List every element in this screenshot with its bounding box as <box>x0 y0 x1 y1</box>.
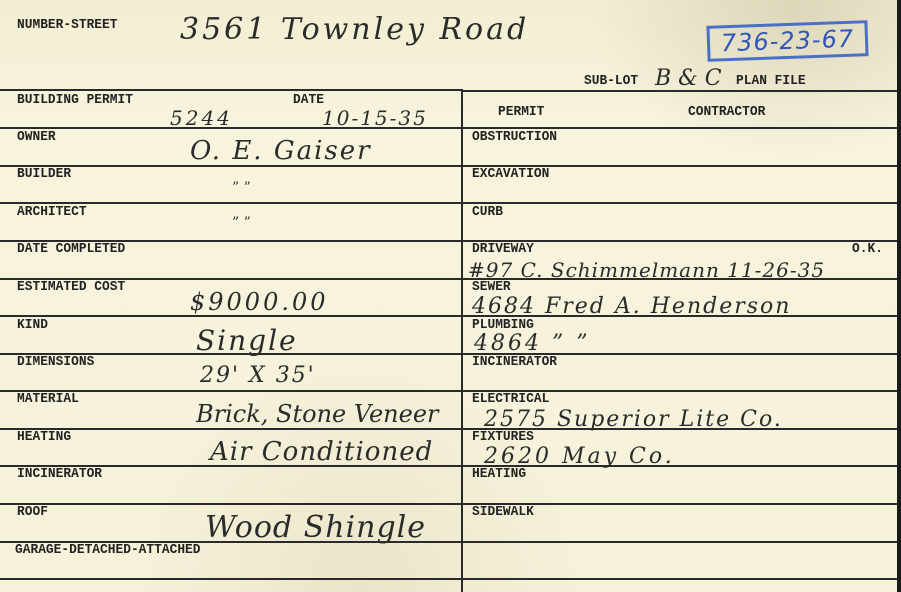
obstruction-label: OBSTRUCTION <box>472 129 557 145</box>
incinerator-permit-label: INCINERATOR <box>472 354 557 370</box>
permit-card: NUMBER-STREET 3561 Townley Road 736-23-6… <box>0 0 901 592</box>
roof-value: Wood Shingle <box>205 510 426 545</box>
heating-label: HEATING <box>17 429 71 445</box>
builder-value: ” ” <box>232 180 251 196</box>
sub-lot-label: SUB-LOT <box>584 73 638 89</box>
owner-value: O. E. Gaiser <box>190 136 372 166</box>
rule <box>0 503 462 505</box>
roof-label: ROOF <box>17 504 48 520</box>
kind-value: Single <box>196 324 298 357</box>
curb-label: CURB <box>472 204 503 220</box>
plan-file-label: PLAN FILE <box>736 73 806 89</box>
plumbing-value: 4864 ” ” <box>474 331 590 356</box>
electrical-value: 2575 Superior Lite Co. <box>484 407 783 432</box>
fixtures-value: 2620 May Co. <box>484 444 675 469</box>
material-label: MATERIAL <box>17 391 79 407</box>
rule <box>462 202 899 204</box>
rule <box>0 89 462 91</box>
file-number-stamp: 736-23-67 <box>706 20 868 62</box>
kind-label: KIND <box>17 317 48 333</box>
heating-value: Air Conditioned <box>210 437 433 467</box>
contractor-column-header: CONTRACTOR <box>688 104 765 120</box>
driveway-label: DRIVEWAY <box>472 241 534 257</box>
estimated-cost-value: $9000.00 <box>190 288 329 316</box>
architect-label: ARCHITECT <box>17 204 87 220</box>
builder-label: BUILDER <box>17 166 71 182</box>
dimensions-value: 29' X 35' <box>200 363 316 388</box>
driveway-ok-note: O.K. <box>852 241 883 257</box>
owner-label: OWNER <box>17 129 56 145</box>
number-street-label: NUMBER-STREET <box>17 17 117 33</box>
number-street-value: 3561 Townley Road <box>180 12 529 47</box>
electrical-label: ELECTRICAL <box>472 391 549 407</box>
excavation-label: EXCAVATION <box>472 166 549 182</box>
rule <box>0 127 899 129</box>
permit-date-value: 10-15-35 <box>322 106 428 130</box>
material-value: Brick, Stone Veneer <box>196 400 439 428</box>
driveway-value: #97 C. Schimmelmann 11-26-35 <box>468 258 825 282</box>
building-permit-value: 5244 <box>170 106 233 130</box>
permit-column-header: PERMIT <box>498 104 544 120</box>
sidewalk-label: SIDEWALK <box>472 504 534 520</box>
dimensions-label: DIMENSIONS <box>17 354 94 370</box>
rule <box>0 578 899 580</box>
incinerator-label: INCINERATOR <box>17 466 102 482</box>
architect-value: ” ” <box>232 215 251 231</box>
rule <box>462 541 899 543</box>
date-label: DATE <box>293 92 324 108</box>
estimated-cost-label: ESTIMATED COST <box>17 279 125 295</box>
sewer-value: 4684 Fred A. Henderson <box>472 294 791 319</box>
sub-lot-value: B & C <box>655 66 722 91</box>
building-permit-label: BUILDING PERMIT <box>17 92 133 108</box>
date-completed-label: DATE COMPLETED <box>17 241 125 257</box>
card-edge <box>897 0 901 592</box>
garage-label: GARAGE-DETACHED-ATTACHED <box>15 542 201 558</box>
rule <box>462 90 899 92</box>
